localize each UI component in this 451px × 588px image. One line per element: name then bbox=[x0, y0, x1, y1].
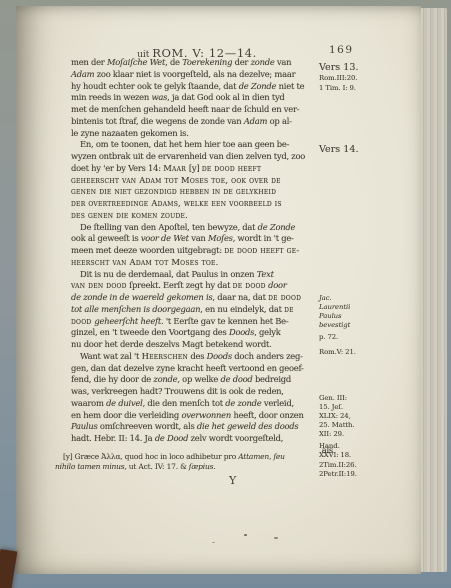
text-line: De ſtelling van den Apoſtel, ten bewyze,… bbox=[71, 222, 323, 234]
text-line: meen met deeze woorden uitgebragt: de do… bbox=[71, 245, 323, 257]
text-line: met de menſchen gehandeld heeft naar de … bbox=[71, 104, 323, 116]
margin-note: Laurentii bbox=[319, 303, 350, 311]
margin-note: Vers 14. bbox=[319, 144, 359, 155]
text-line: gen, dan dat dezelve zyne kracht heeft v… bbox=[71, 363, 323, 375]
margin-note: 2Petr.II:19. bbox=[319, 470, 357, 478]
paper-speck bbox=[212, 542, 215, 543]
text-line: Dit is nu de derdemaal, dat Paulus in on… bbox=[71, 269, 323, 281]
margin-note: bevestigt bbox=[319, 321, 350, 329]
margin-note: p. 72. bbox=[319, 333, 338, 341]
margin-note: XII: 29. bbox=[319, 430, 344, 438]
text-line: geheerscht van Adam tot Moses toe, ook o… bbox=[71, 175, 323, 187]
text-line: min reeds in wezen was, ja dat God ook a… bbox=[71, 92, 323, 104]
text-line: fend, die hy door de zonde, op welke de … bbox=[71, 374, 323, 386]
text-line: hadt. Hebr. II: 14. Ja de Dood zelv word… bbox=[71, 433, 323, 445]
margin-note: Rom.V: 21. bbox=[319, 348, 356, 356]
text-line: bintenis tot ſtraf, die wegens de zonde … bbox=[71, 116, 323, 128]
paper-speck bbox=[274, 537, 278, 539]
margin-note: Jac. bbox=[319, 294, 332, 302]
margin-note: Rom.III:20. bbox=[319, 74, 357, 82]
text-line: men der Moſaiſche Wet, de Toerekening de… bbox=[71, 57, 323, 69]
text-line: der overtreedinge Adams, welke een voorb… bbox=[71, 198, 323, 210]
footnote-block: [y] Græce Ἀλλα, quod hoc in loco adhibet… bbox=[55, 452, 331, 471]
text-line: le zyne nazaaten gekomen is. bbox=[71, 128, 323, 140]
text-line: Paulus omſchreeven wordt, als die het ge… bbox=[71, 421, 323, 433]
paper-speck bbox=[244, 534, 247, 536]
text-line: doet hy 'er by Vers 14: Maar [y] de dood… bbox=[71, 163, 323, 175]
margin-note: 15. Jeſ. bbox=[319, 403, 343, 411]
text-line: nu door het derde deszelvs Magt betekend… bbox=[71, 339, 323, 351]
text-line: tot alle menſchen is doorgegaan, en nu e… bbox=[71, 304, 323, 316]
text-line: dood geheerſcht heeft. 't Eerſte gav te … bbox=[71, 316, 323, 328]
footnote-line: [y] Græce Ἀλλα, quod hoc in loco adhibet… bbox=[55, 452, 331, 462]
text-line: van den dood ſpreekt. Eerſt zegt hy dat … bbox=[71, 280, 323, 292]
page-number: 169 bbox=[329, 44, 354, 56]
text-line: de zonde in de waereld gekomen is, daar … bbox=[71, 292, 323, 304]
book-page: uit ROM. V: 12—14. 169 men der Moſaiſche… bbox=[16, 6, 421, 574]
text-line: ook al geweeſt is voor de Wet van Moſes,… bbox=[71, 233, 323, 245]
spine-corner bbox=[0, 549, 17, 588]
book-photo-background: uit ROM. V: 12—14. 169 men der Moſaiſche… bbox=[0, 0, 451, 588]
text-line: En, om te toonen, dat het hem hier toe a… bbox=[71, 139, 323, 151]
text-line: was, verkreegen hadt? Trouwens dit is oo… bbox=[71, 386, 323, 398]
margin-note: 25. Matth. bbox=[319, 421, 354, 429]
text-line: genen die niet gezondigd hebben in de ge… bbox=[71, 186, 323, 198]
text-line: waarom de duivel, die den menſch tot de … bbox=[71, 398, 323, 410]
margin-note: Vers 13. bbox=[319, 62, 359, 73]
page-edge-stack bbox=[420, 8, 447, 572]
margin-note: Gen. III: bbox=[319, 394, 347, 402]
text-line: hy houdt echter ook te gelyk ſtaande, da… bbox=[71, 81, 323, 93]
text-line: ginzel, en 't tweede den Voortgang des D… bbox=[71, 327, 323, 339]
text-line: Adam zoo klaar niet is voorgeſteld, als … bbox=[71, 69, 323, 81]
footnote-line: nihilo tamen minus, ut Act. IV: 17. & ſæ… bbox=[55, 462, 331, 472]
text-line: wyzen ontbrak uit de ervarenheid van die… bbox=[71, 151, 323, 163]
signature-mark: Y bbox=[229, 474, 236, 487]
margin-note: Hand. bbox=[319, 442, 340, 450]
margin-note: XLIX: 24, bbox=[319, 412, 351, 420]
body-text-column: men der Moſaiſche Wet, de Toerekening de… bbox=[71, 57, 323, 457]
margin-note: Paulus bbox=[319, 312, 341, 320]
margin-note: 1 Tim. I: 9. bbox=[319, 84, 356, 92]
text-line: heerscht van Adam tot Moses toe. bbox=[71, 257, 323, 269]
text-line: des genen die komen zoude. bbox=[71, 210, 323, 222]
text-line: Want wat zal 't Heerschen des Doods doch… bbox=[71, 351, 323, 363]
text-line: en hem door die verleiding overwonnen he… bbox=[71, 410, 323, 422]
